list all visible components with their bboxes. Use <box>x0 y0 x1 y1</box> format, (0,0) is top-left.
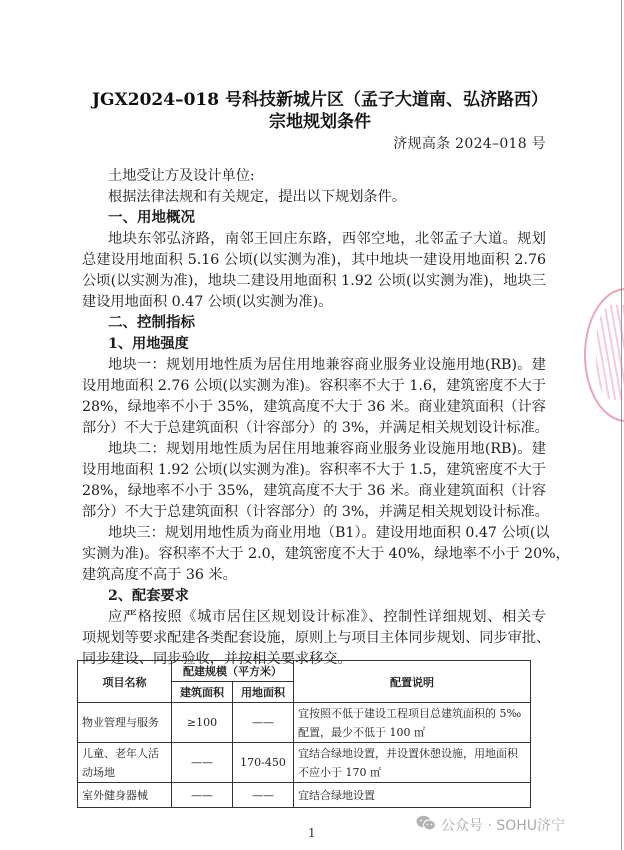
cell-building-area: —— <box>172 783 233 808</box>
paragraph-line: 应严格按照《城市居住区规划设计标准》、控制性详细规划、相关专 <box>108 607 546 628</box>
document-subtitle: 宗地规划条件 <box>60 111 580 133</box>
parcel1-line: 28%，绿地率不小于 35%，建筑高度不大于 36 米。商业建筑面积（计容 <box>82 397 546 418</box>
cell-land-area: 170-450 <box>233 743 294 783</box>
parcel2-line: 地块二：规划用地性质为居住用地兼容商业服务业设施用地(RB)。建 <box>108 439 546 460</box>
table-row: 儿童、老年人活动场地 —— 170-450 宜结合绿地设置，并设置休憩设施，用地… <box>78 743 531 783</box>
page-edge <box>621 0 622 850</box>
cell-land-area: —— <box>233 783 294 808</box>
table-row: 室外健身器械 —— —— 宜结合绿地设置 <box>78 783 531 808</box>
table-row: 物业管理与服务 ≥100 —— 宜按照不低于建设工程项目总建筑面积的 5‰ 配置… <box>78 703 531 743</box>
header-land-area: 用地面积 <box>233 682 294 703</box>
paragraph-line: 地块东邻弘济路，南邻王回庄东路，西邻空地，北邻孟子大道。规划 <box>108 229 546 250</box>
cell-land-area: —— <box>233 703 294 743</box>
cell-name: 物业管理与服务 <box>78 703 172 743</box>
facilities-table: 项目名称 配建规模（平方米） 配置说明 建筑面积 用地面积 物业管理与服务 ≥1… <box>77 660 531 808</box>
cell-building-area: —— <box>172 743 233 783</box>
header-project-name: 项目名称 <box>78 661 172 703</box>
intro-paragraph: 根据法律法规和有关规定，提出以下规划条件。 <box>108 187 546 208</box>
parcel2-line: 设用地面积 1.92 公顷(以实测为准)。容积率不大于 1.5，建筑密度不大于 <box>82 460 546 481</box>
header-building-area: 建筑面积 <box>172 682 233 703</box>
official-seal-text <box>596 305 624 400</box>
paragraph-line: 建设用地面积 0.47 公顷(以实测为准)。 <box>82 292 546 313</box>
header-description: 配置说明 <box>294 661 531 703</box>
cell-description: 宜结合绿地设置，并设置休憩设施，用地面积不应小于 170 ㎡ <box>294 743 531 783</box>
watermark: 公众号 · SOHU济宁 <box>416 815 565 835</box>
section-heading-control-indicators: 二、控制指标 <box>108 313 546 334</box>
document-number: 济规高条 2024–018 号 <box>393 133 546 153</box>
parcel1-line: 部分）不大于总建筑面积（计容部分）的 3%，并满足相关规划设计标准。 <box>82 418 546 439</box>
subsection-heading-land-intensity: 1、用地强度 <box>108 334 546 355</box>
parcel1-line: 地块一：规划用地性质为居住用地兼容商业服务业设施用地(RB)。建 <box>108 355 546 376</box>
page-number: 1 <box>308 826 316 840</box>
cell-building-area: ≥100 <box>172 703 233 743</box>
parcel3-line: 地块三：规划用地性质为商业用地（B1）。建设用地面积 0.47 公顷(以 <box>108 523 546 544</box>
document-title: JGX2024–018 号科技新城片区（孟子大道南、弘济路西） <box>60 89 580 111</box>
cell-description: 宜结合绿地设置 <box>294 783 531 808</box>
cell-name: 儿童、老年人活动场地 <box>78 743 172 783</box>
parcel1-line: 设用地面积 2.76 公顷(以实测为准)。容积率不大于 1.6，建筑密度不大于 <box>82 376 546 397</box>
parcel3-line: 建筑高度不高于 36 米。 <box>82 565 546 586</box>
addressee: 土地受让方及设计单位: <box>108 166 546 187</box>
paragraph-line: 项规划等要求配建各类配套设施，原则上与项目主体同步规划、同步审批、 <box>82 628 546 649</box>
parcel3-line: 实测为准)。容积率不大于 2.0，建筑密度不大于 40%，绿地率不小于 20%， <box>82 544 546 565</box>
header-scale-group: 配建规模（平方米） <box>172 661 294 682</box>
cell-name: 室外健身器械 <box>78 783 172 808</box>
parcel2-line: 部分）不大于总建筑面积（计容部分）的 3%，并满足相关规划设计标准。 <box>82 502 546 523</box>
wechat-icon <box>416 815 436 835</box>
parcel2-line: 28%，绿地率不小于 35%，建筑高度不大于 36 米。商业建筑面积（计容 <box>82 481 546 502</box>
paragraph-line: 总建设用地面积 5.16 公顷(以实测为准)，其中地块一建设用地面积 2.76 <box>82 250 546 271</box>
paragraph-line: 公顷(以实测为准)，地块二建设用地面积 1.92 公顷(以实测为准)，地块三 <box>82 271 546 292</box>
section-heading-land-overview: 一、用地概况 <box>108 208 546 229</box>
watermark-text: 公众号 · SOHU济宁 <box>441 815 565 835</box>
subsection-heading-supporting-facilities: 2、配套要求 <box>108 586 546 607</box>
cell-description: 宜按照不低于建设工程项目总建筑面积的 5‰ 配置，最少不低于 100 ㎡ <box>294 703 531 743</box>
